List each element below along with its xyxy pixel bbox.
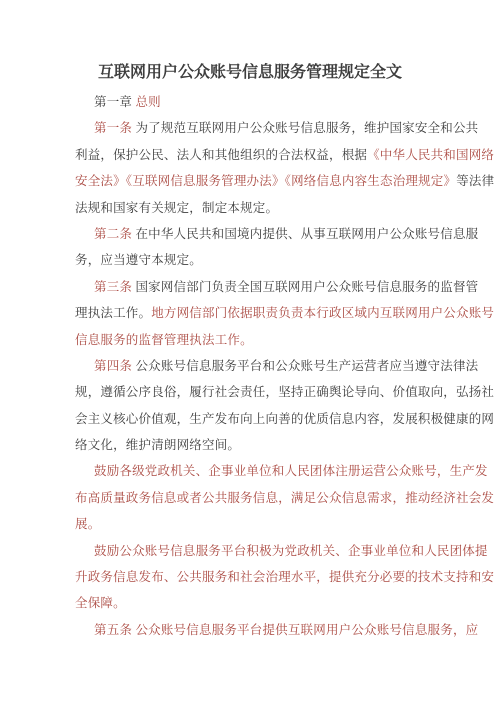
text-segment: 鼓励各级党政机关、企事业单位和人民团体注册运营公众账号，生产发 <box>94 464 488 478</box>
text-segment: 第五条 <box>94 623 135 637</box>
text-segment: 《中华人民共和国网络 <box>367 148 494 162</box>
text-segment: 等法律 <box>456 174 494 188</box>
text-segment: 布高质量政务信息或者公共服务信息，满足公众信息需求，推动经济社会发 <box>75 491 494 505</box>
text-line: 第二条 在中华人民共和国境内提供、从事互联网用户公众账号信息服 <box>75 221 472 247</box>
text-segment: 法规和国家有关规定，制定本规定。 <box>75 201 278 215</box>
text-segment: 会主义核心价值观，生产发布向上向善的优质信息内容，发展积极健康的网 <box>75 412 494 426</box>
text-segment: 第一条 <box>94 121 135 135</box>
text-segment: 在中华人民共和国境内提供、从事互联网用户公众账号信息服 <box>135 227 478 241</box>
text-line: 鼓励公众账号信息服务平台积极为党政机关、企事业单位和人民团体提 <box>75 538 472 564</box>
text-segment: 公众账号信息服务平台提供互联网用户公众账号信息服务，应 <box>135 623 478 637</box>
text-line: 布高质量政务信息或者公共服务信息，满足公众信息需求，推动经济社会发 <box>75 485 472 511</box>
text-segment: 务，应当遵守本规定。 <box>75 253 202 267</box>
text-line: 规，遵循公序良俗，履行社会责任，坚持正确舆论导向、价值取向，弘扬社 <box>75 379 472 405</box>
text-segment: 鼓励公众账号信息服务平台积极为党政机关、企事业单位和人民团体提 <box>94 544 488 558</box>
text-segment: 第一章 <box>94 95 135 109</box>
text-segment: 第四条 <box>94 359 135 373</box>
text-segment: 总则 <box>135 95 160 109</box>
text-segment: 第二条 <box>94 227 135 241</box>
text-segment: 理执法工作。 <box>75 306 151 320</box>
text-segment: 全保障。 <box>75 596 126 610</box>
text-segment: 公众账号信息服务平台和公众账号生产运营者应当遵守法律法 <box>135 359 478 373</box>
text-line: 第五条 公众账号信息服务平台提供互联网用户公众账号信息服务，应 <box>75 617 472 643</box>
text-segment: 升政务信息发布、公共服务和社会治理水平，提供充分必要的技术支持和安 <box>75 570 494 584</box>
text-line: 务，应当遵守本规定。 <box>75 247 472 273</box>
text-line: 第三条 国家网信部门负责全国互联网用户公众账号信息服务的监督管 <box>75 274 472 300</box>
text-line: 利益，保护公民、法人和其他组织的合法权益，根据《中华人民共和国网络 <box>75 142 472 168</box>
text-line: 展。 <box>75 511 472 537</box>
text-line: 鼓励各级党政机关、企事业单位和人民团体注册运营公众账号，生产发 <box>75 458 472 484</box>
document-body: 第一章 总则第一条 为了规范互联网用户公众账号信息服务，维护国家安全和公共利益，… <box>75 89 472 643</box>
text-line: 第一章 总则 <box>75 89 472 115</box>
text-line: 理执法工作。地方网信部门依据职责负责本行政区域内互联网用户公众账号 <box>75 300 472 326</box>
text-line: 全保障。 <box>75 590 472 616</box>
text-line: 法规和国家有关规定，制定本规定。 <box>75 195 472 221</box>
text-segment: 规，遵循公序良俗，履行社会责任，坚持正确舆论导向、价值取向，弘扬社 <box>75 385 494 399</box>
text-line: 络文化，维护清朗网络空间。 <box>75 432 472 458</box>
text-segment: 国家网信部门负责全国互联网用户公众账号信息服务的监督管 <box>135 280 478 294</box>
document-title: 互联网用户公众账号信息服务管理规定全文 <box>0 59 500 82</box>
text-segment: 为了规范互联网用户公众账号信息服务，维护国家安全和公共 <box>135 121 478 135</box>
text-segment: 利益，保护公民、法人和其他组织的合法权益，根据 <box>75 148 367 162</box>
text-segment: 展。 <box>75 517 100 531</box>
text-segment: 安全法》《互联网信息服务管理办法》《网络信息内容生态治理规定》 <box>75 174 456 188</box>
text-line: 第一条 为了规范互联网用户公众账号信息服务，维护国家安全和公共 <box>75 115 472 141</box>
text-segment: 络文化，维护清朗网络空间。 <box>75 438 240 452</box>
text-line: 会主义核心价值观，生产发布向上向善的优质信息内容，发展积极健康的网 <box>75 406 472 432</box>
text-line: 第四条 公众账号信息服务平台和公众账号生产运营者应当遵守法律法 <box>75 353 472 379</box>
text-segment: 第三条 <box>94 280 135 294</box>
document-page: 互联网用户公众账号信息服务管理规定全文 第一章 总则第一条 为了规范互联网用户公… <box>0 0 500 707</box>
text-segment: 地方网信部门依据职责负责本行政区域内互联网用户公众账号 <box>151 306 494 320</box>
text-line: 信息服务的监督管理执法工作。 <box>75 327 472 353</box>
text-line: 升政务信息发布、公共服务和社会治理水平，提供充分必要的技术支持和安 <box>75 564 472 590</box>
text-line: 安全法》《互联网信息服务管理办法》《网络信息内容生态治理规定》等法律 <box>75 168 472 194</box>
text-segment: 信息服务的监督管理执法工作。 <box>75 333 253 347</box>
